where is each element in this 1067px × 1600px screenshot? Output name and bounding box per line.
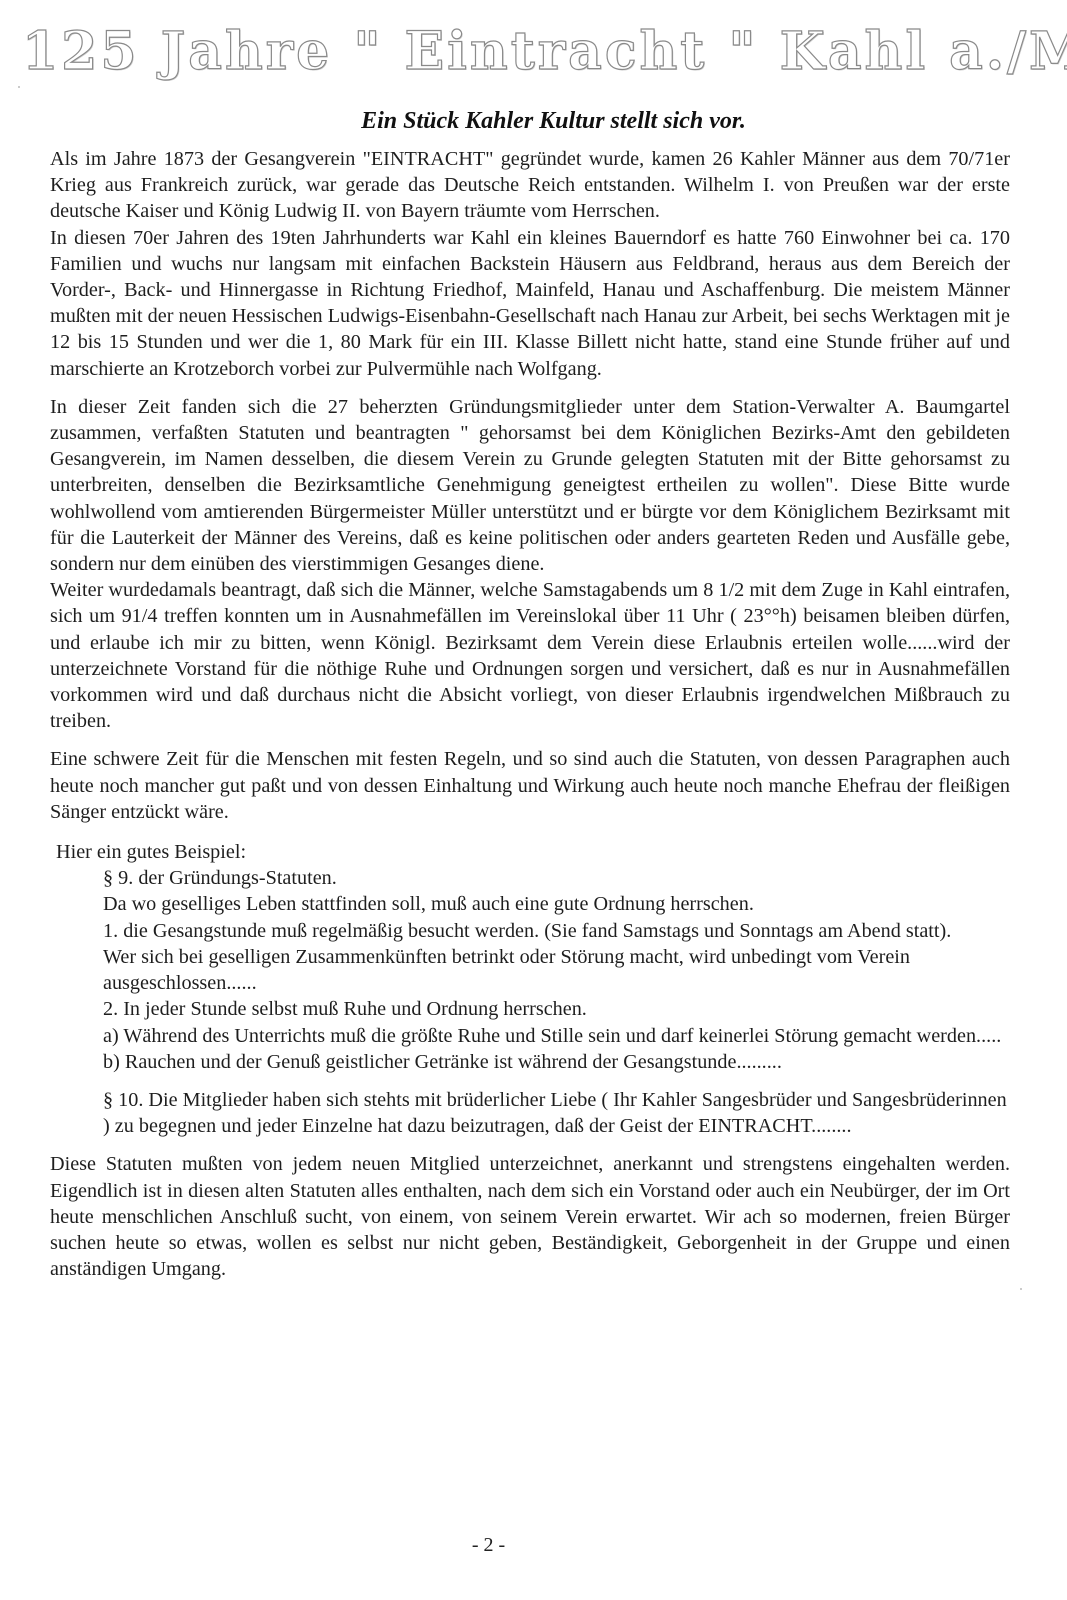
example-intro: Hier ein gutes Beispiel: <box>56 839 1010 865</box>
statute-9-rule-2: 2. In jeder Stunde selbst muß Ruhe und O… <box>103 996 1010 1022</box>
article-body: Als im Jahre 1873 der Gesangverein "EINT… <box>50 146 1010 1282</box>
page-title: 125 Jahre " Eintracht " Kahl a./Main <box>22 22 1042 82</box>
paragraph-application: Weiter wurdedamals beantragt, daß sich d… <box>50 577 1010 734</box>
paragraph-founders: In dieser Zeit fanden sich die 27 beherz… <box>50 394 1010 577</box>
statutes-excerpt: § 9. der Gründungs-Statuten. Da wo gesel… <box>103 865 1010 1139</box>
statute-9-rule-1: 1. die Gesangstunde muß regelmäßig besuc… <box>103 918 1010 944</box>
statute-9-intro: Da wo geselliges Leben stattfinden soll,… <box>103 891 1010 917</box>
statute-9-heading: § 9. der Gründungs-Statuten. <box>103 865 1010 891</box>
paragraph-hard-times: Eine schwere Zeit für die Menschen mit f… <box>50 746 1010 825</box>
page-number: - 2 - <box>0 1534 1067 1557</box>
paragraph-village: In diesen 70er Jahren des 19ten Jahrhund… <box>50 225 1010 382</box>
subtitle-text: Ein Stück Kahler Kultur stellt sich vor. <box>361 108 746 134</box>
statute-10: § 10. Die Mitglieder haben sich stehts m… <box>103 1087 1010 1139</box>
statute-9-rule-2b: b) Rauchen und der Genuß geistlicher Get… <box>103 1049 1010 1075</box>
page-number-text: - 2 - <box>472 1534 505 1556</box>
paragraph-founding: Als im Jahre 1873 der Gesangverein "EINT… <box>50 146 1010 225</box>
statute-9-rule-1-exclusion: Wer sich bei geselligen Zusammenkünften … <box>103 944 1010 996</box>
statute-9-rule-2a: a) Während des Unterrichts muß die größt… <box>103 1023 1010 1049</box>
page-subtitle: Ein Stück Kahler Kultur stellt sich vor. <box>0 108 1067 135</box>
paragraph-closing: Diese Statuten mußten von jedem neuen Mi… <box>50 1151 1010 1282</box>
document-page: 125 Jahre " Eintracht " Kahl a./Main Ein… <box>0 0 1067 1600</box>
scan-speck <box>18 86 20 88</box>
scan-speck <box>1020 1288 1022 1290</box>
